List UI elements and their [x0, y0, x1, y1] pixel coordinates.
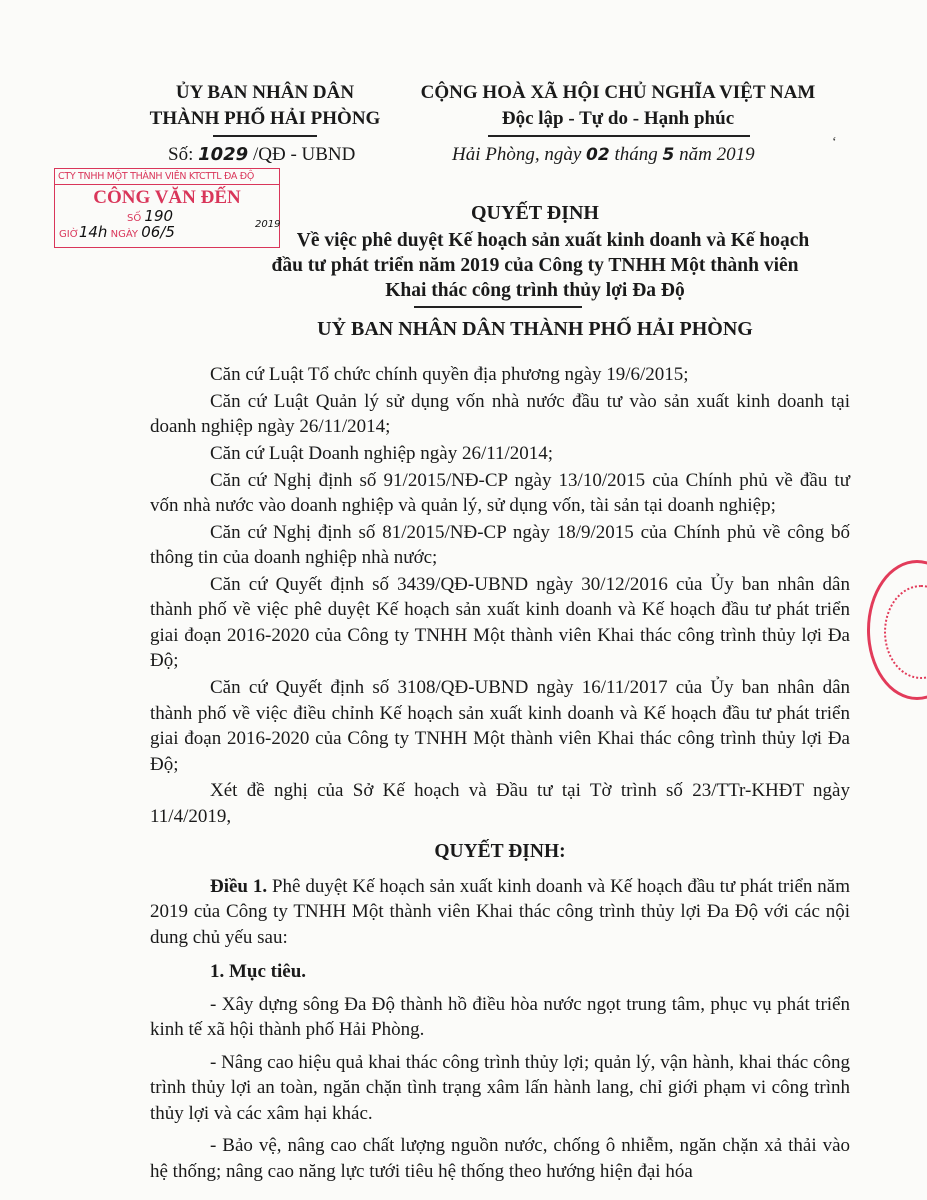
number-handwritten: 1029	[198, 144, 248, 165]
basis-5: Căn cứ Nghị định số 81/2015/NĐ-CP ngày 1…	[150, 520, 850, 571]
number-suffix: /QĐ - UBND	[248, 144, 355, 165]
stamp-date-value: 06/5	[141, 223, 175, 241]
basis-4: Căn cứ Nghị định số 91/2015/NĐ-CP ngày 1…	[150, 468, 850, 519]
article-1-label: Điều 1.	[210, 876, 267, 897]
motto: Độc lập - Tự do - Hạnh phúc	[398, 106, 838, 132]
document-date: Hải Phòng, ngày 02 tháng 5 năm 2019	[452, 144, 755, 166]
basis-8: Xét đề nghị của Sở Kế hoạch và Đầu tư tạ…	[150, 778, 850, 829]
objective-3: - Bảo vệ, nâng cao chất lượng nguồn nước…	[150, 1133, 850, 1184]
official-seal-icon	[867, 560, 927, 700]
margin-mark: ‘	[832, 135, 837, 151]
article-1: Điều 1. Phê duyệt Kế hoạch sản xuất kinh…	[150, 874, 850, 951]
document-body: Căn cứ Luật Tổ chức chính quyền địa phươ…	[150, 362, 850, 1191]
section-1-title: 1. Mục tiêu.	[150, 959, 850, 985]
stamp-time-value: 14h	[79, 223, 108, 241]
subject-underline	[414, 306, 582, 308]
basis-1: Căn cứ Luật Tổ chức chính quyền địa phươ…	[150, 362, 850, 388]
document-number: Số: 1029 /QĐ - UBND	[168, 144, 355, 166]
authority-line-2: THÀNH PHỐ HẢI PHÒNG	[130, 106, 400, 132]
basis-6: Căn cứ Quyết định số 3439/QĐ-UBND ngày 3…	[150, 572, 850, 674]
motto-underline	[488, 135, 750, 137]
basis-7: Căn cứ Quyết định số 3108/QĐ-UBND ngày 1…	[150, 675, 850, 777]
date-year: năm 2019	[674, 144, 754, 165]
date-place: Hải Phòng, ngày	[452, 144, 586, 165]
subject-line-3: Khai thác công trình thủy lợi Đa Độ	[240, 278, 830, 303]
date-month: 5	[663, 145, 675, 165]
date-day: 02	[586, 145, 610, 165]
document-subject: Về việc phê duyệt Kế hoạch sản xuất kinh…	[240, 228, 830, 303]
issuing-authority: ỦY BAN NHÂN DÂN THÀNH PHỐ HẢI PHÒNG	[130, 80, 400, 132]
stamp-date-label: NGÀY	[111, 229, 138, 240]
document-type-title: QUYẾT ĐỊNH	[240, 200, 830, 226]
objective-1: - Xây dựng sông Đa Độ thành hồ điều hòa …	[150, 992, 850, 1043]
stamp-time-label: GIỜ	[59, 229, 79, 240]
country-name: CỘNG HOÀ XÃ HỘI CHỦ NGHĨA VIỆT NAM	[398, 80, 838, 106]
subject-line-1: Về việc phê duyệt Kế hoạch sản xuất kinh…	[240, 228, 830, 253]
national-motto: CỘNG HOÀ XÃ HỘI CHỦ NGHĨA VIỆT NAM Độc l…	[398, 80, 838, 132]
basis-2: Căn cứ Luật Quản lý sử dụng vốn nhà nước…	[150, 389, 850, 440]
objective-2: - Nâng cao hiệu quả khai thác công trình…	[150, 1050, 850, 1127]
subject-line-2: đầu tư phát triển năm 2019 của Công ty T…	[240, 253, 830, 278]
decision-heading: QUYẾT ĐỊNH:	[150, 839, 850, 865]
stamp-company: CTY TNHH MỘT THÀNH VIÊN KTCTTL ĐA ĐỘ	[55, 169, 279, 185]
issuer-heading: UỶ BAN NHÂN DÂN THÀNH PHỐ HẢI PHÒNG	[240, 318, 830, 341]
number-prefix: Số:	[168, 144, 198, 165]
basis-3: Căn cứ Luật Doanh nghiệp ngày 26/11/2014…	[150, 441, 850, 467]
date-month-label: tháng	[610, 144, 663, 165]
authority-line-1: ỦY BAN NHÂN DÂN	[130, 80, 400, 106]
authority-underline	[213, 135, 317, 137]
